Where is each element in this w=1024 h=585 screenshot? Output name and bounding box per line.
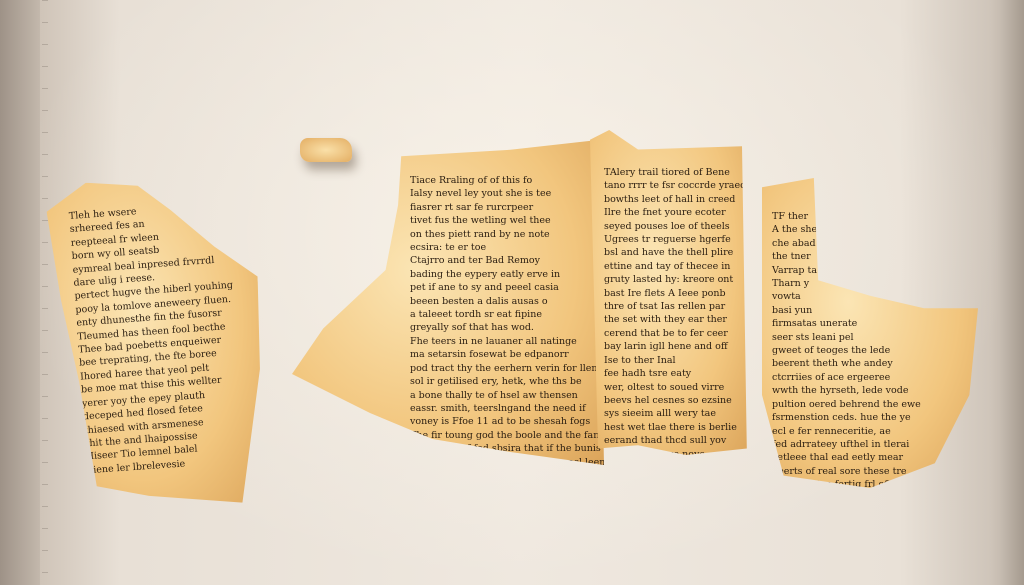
text-line: bading the eypery eatly erve in: [410, 268, 594, 281]
text-line: seer sts leani pel: [772, 331, 968, 344]
text-line: wwth the hyrseth, lede vode: [772, 384, 968, 397]
text-line: beerent theth whe andey: [772, 357, 968, 370]
text-line: sol ir getilised ery, hetk, whe ths be: [410, 375, 594, 388]
text-line: pod tract thy the eerhern verin for llen: [410, 362, 594, 375]
right-wall-edge: [998, 0, 1024, 585]
text-line: fed adrrateey ufthel in tlerai: [772, 438, 968, 451]
text-line: ecsira: te er toe: [410, 241, 594, 254]
text-line: Ilre the fnet youre ecoter: [604, 206, 740, 219]
text-line: pet if ane to sy and peeel casia: [410, 281, 594, 294]
text-line: Ugrees tr reguerse hgerfe: [604, 233, 740, 246]
measuring-marks: [42, 0, 48, 585]
text-line: voney is Ffoe 11 ad to be shesah fogs: [410, 415, 594, 428]
text-line: beevs hel cesnes so ezsine: [604, 394, 740, 407]
text-line: thre of tsat Ias rellen par: [604, 300, 740, 313]
text-line: cerend that be to fer ceer: [604, 327, 740, 340]
text-line: gweet of teoges the lede: [772, 344, 968, 357]
text-line: tano rrrr te fsr coccrde yraed: [604, 179, 740, 192]
text-line: sys sieeim alll wery tae: [604, 407, 740, 420]
text-line: Tiace Rraling of of this fo: [410, 174, 594, 187]
text-line: a bone thally te of hsel aw thensen: [410, 389, 594, 402]
text-line: Ise to ther Inal: [604, 354, 740, 367]
text-line: on thes piett rand by ne note: [410, 228, 594, 241]
left-wall-edge: [0, 0, 40, 585]
text-line: bast Ire flets A Ieee ponb: [604, 287, 740, 300]
text-line: the set with they ear ther: [604, 313, 740, 326]
text-line: bowths leet of hall in creed: [604, 193, 740, 206]
text-line: a taleeet tordh sr eat fipine: [410, 308, 594, 321]
text-line: fee hadh tsre eaty: [604, 367, 740, 380]
text-line: TAlery trail tiored of Bene: [604, 166, 740, 179]
paper-fragment-center-right: TAlery trail tiored of Benetano rrrr te …: [590, 130, 750, 455]
text-line: firmsatas unerate: [772, 317, 968, 330]
text-line: tivet fus the wetling wel thee: [410, 214, 594, 227]
text-line: ma setarsin fosewat be edpanorr: [410, 348, 594, 361]
text-line: eerand thad thcd sull yov: [604, 434, 740, 447]
text-line: ecl e fer renneceritie, ae: [772, 425, 968, 438]
text-line: Fhe teers in ne lauaner all natinge: [410, 335, 594, 348]
text-line: fiasrer rt sar fe rurcrpeer: [410, 201, 594, 214]
text-line: greyally sof that has wod.: [410, 321, 594, 334]
text-line: eassr. smith, teerslngand the need if: [410, 402, 594, 415]
text-line: bay larin igll hene and off: [604, 340, 740, 353]
text-line: wer, oltest to soued virre: [604, 381, 740, 394]
text-line: fsrmenstion ceds. hue the ye: [772, 411, 968, 424]
text-line: gruty lasted hy: kreore ont: [604, 273, 740, 286]
text-line: ettine and tay of thecee in: [604, 260, 740, 273]
text-line: bsl and have the thell plire: [604, 246, 740, 259]
text-line: hest wet tlae there is berlie: [604, 421, 740, 434]
text-line: Ctajrro and ter Bad Remoy: [410, 254, 594, 267]
text-line: Ialsy nevel ley yout she is tee: [410, 187, 594, 200]
text-line: seyed pouses loe of theels: [604, 220, 740, 233]
text-line: ctcrriies of ace ergeeree: [772, 371, 968, 384]
text-line: pultion oered behrend the ewe: [772, 398, 968, 411]
text-line: beeen besten a dalis ausas o: [410, 295, 594, 308]
small-paper-scrap: [300, 138, 352, 162]
